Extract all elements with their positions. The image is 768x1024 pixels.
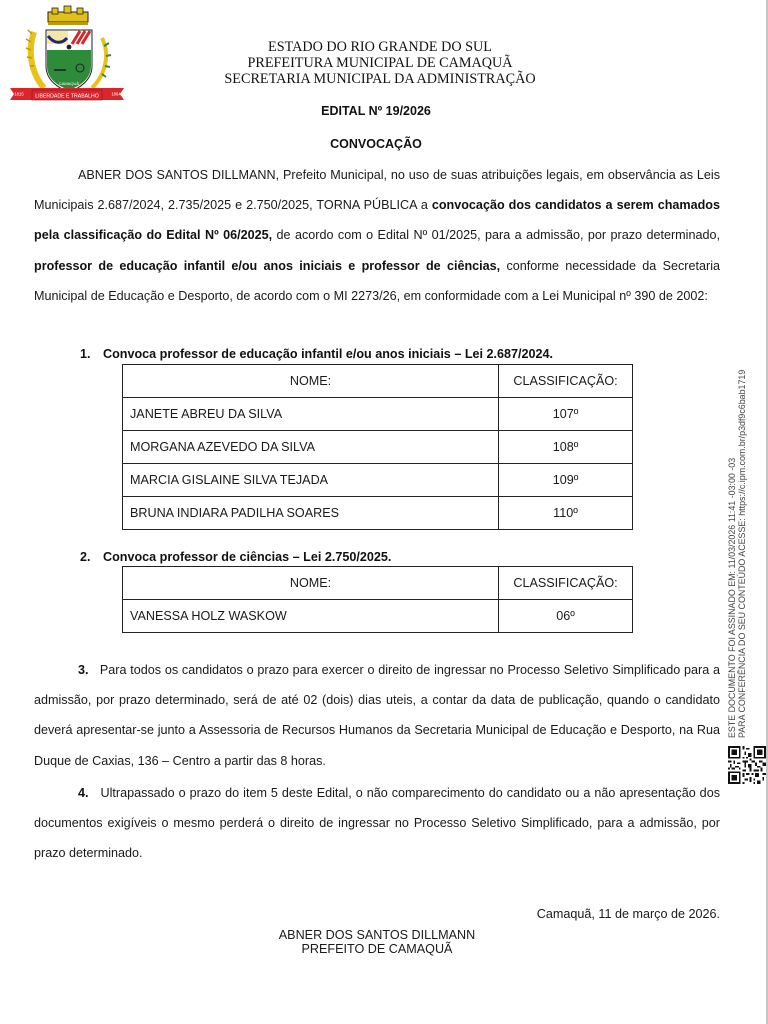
table-row: BRUNA INDIARA PADILHA SOARES 110º bbox=[123, 497, 633, 530]
table-row: MORGANA AZEVEDO DA SILVA 108º bbox=[123, 431, 633, 464]
item-4-paragraph: 4. Ultrapassado o prazo do item 5 deste … bbox=[34, 778, 720, 869]
signature-stamp: ESTE DOCUMENTO FOI ASSINADO EM: 11/03/20… bbox=[727, 338, 761, 738]
qr-code-icon[interactable] bbox=[728, 745, 766, 785]
table-row: VANESSA HOLZ WASKOW 06º bbox=[123, 600, 633, 633]
letterhead-line-secretariat: SECRETARIA MUNICIPAL DA ADMINISTRAÇÃO bbox=[160, 71, 600, 87]
candidate-rank: 107º bbox=[499, 398, 633, 431]
letterhead-line-state: ESTADO DO RIO GRANDE DO SUL bbox=[160, 39, 600, 55]
column-header-name: NOME: bbox=[123, 365, 499, 398]
candidate-name: BRUNA INDIARA PADILHA SOARES bbox=[123, 497, 499, 530]
table-row: JANETE ABREU DA SILVA 107º bbox=[123, 398, 633, 431]
section-1-table: NOME: CLASSIFICAÇÃO: JANETE ABREU DA SIL… bbox=[122, 364, 633, 530]
item-3-paragraph: 3. Para todos os candidatos o prazo para… bbox=[34, 655, 720, 776]
edital-title: EDITAL Nº 19/2026 bbox=[0, 104, 752, 118]
table-header-row: NOME: CLASSIFICAÇÃO: bbox=[123, 567, 633, 600]
section-1-title: 1.Convoca professor de educação infantil… bbox=[80, 347, 553, 361]
svg-text:CAMAQUÃ: CAMAQUÃ bbox=[59, 81, 80, 86]
candidate-rank: 109º bbox=[499, 464, 633, 497]
svg-text:1864: 1864 bbox=[111, 92, 121, 97]
item-4-number: 4. bbox=[78, 786, 89, 800]
crest-motto: LIBERDADE E TRABALHO bbox=[35, 94, 99, 100]
column-header-name: NOME: bbox=[123, 567, 499, 600]
candidate-rank: 110º bbox=[499, 497, 633, 530]
subject-title: CONVOCAÇÃO bbox=[0, 137, 752, 151]
candidate-name: VANESSA HOLZ WASKOW bbox=[123, 600, 499, 633]
candidate-rank: 06º bbox=[499, 600, 633, 633]
candidate-name: MARCIA GISLAINE SILVA TEJADA bbox=[123, 464, 499, 497]
table-row: MARCIA GISLAINE SILVA TEJADA 109º bbox=[123, 464, 633, 497]
section-2-title: 2.Convoca professor de ciências – Lei 2.… bbox=[80, 550, 391, 564]
candidate-name: JANETE ABREU DA SILVA bbox=[123, 398, 499, 431]
section-2-table: NOME: CLASSIFICAÇÃO: VANESSA HOLZ WASKOW… bbox=[122, 566, 633, 633]
stamp-verify-link[interactable]: PARA CONFERÊNCIA DO SEU CONTEÚDO ACESSE:… bbox=[737, 338, 747, 738]
svg-text:1815: 1815 bbox=[14, 92, 24, 97]
column-header-classification: CLASSIFICAÇÃO: bbox=[499, 365, 633, 398]
item-3-number: 3. bbox=[78, 663, 89, 677]
candidate-name: MORGANA AZEVEDO DA SILVA bbox=[123, 431, 499, 464]
signer-title: PREFEITO DE CAMAQUÃ bbox=[262, 942, 492, 956]
letterhead: ESTADO DO RIO GRANDE DO SUL PREFEITURA M… bbox=[160, 39, 600, 87]
stamp-signed-line: ESTE DOCUMENTO FOI ASSINADO EM: 11/03/20… bbox=[727, 338, 737, 738]
table-header-row: NOME: CLASSIFICAÇÃO: bbox=[123, 365, 633, 398]
signer-name: ABNER DOS SANTOS DILLMANN bbox=[262, 928, 492, 942]
candidate-rank: 108º bbox=[499, 431, 633, 464]
municipal-crest-icon: LIBERDADE E TRABALHO 1815 1864 CAMAQUÃ bbox=[4, 4, 130, 104]
date-line: Camaquã, 11 de março de 2026. bbox=[537, 907, 720, 921]
intro-paragraph: ABNER DOS SANTOS DILLMANN, Prefeito Muni… bbox=[34, 160, 720, 311]
column-header-classification: CLASSIFICAÇÃO: bbox=[499, 567, 633, 600]
signature-block: ABNER DOS SANTOS DILLMANN PREFEITO DE CA… bbox=[262, 928, 492, 956]
letterhead-line-prefecture: PREFEITURA MUNICIPAL DE CAMAQUÃ bbox=[160, 55, 600, 71]
